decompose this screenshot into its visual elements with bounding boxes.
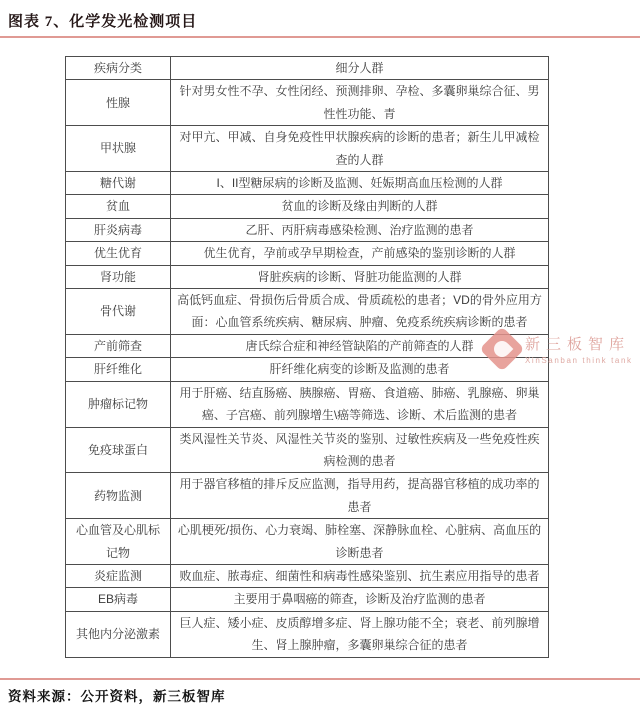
table-row: 其他内分泌激素巨人症、矮小症、皮质醇增多症、肾上腺功能不全；衰老、前列腺增生、肾…	[66, 611, 549, 657]
category-cell: 优生优育	[66, 242, 171, 265]
source-note: 资料来源：公开资料，新三板智库	[0, 680, 640, 705]
table-row: 炎症监测败血症、脓毒症、细菌性和病毒性感染鉴别、抗生素应用指导的患者	[66, 564, 549, 587]
header-target-population: 细分人群	[171, 57, 549, 80]
title-divider	[0, 36, 640, 38]
table-row: 肝纤维化肝纤维化病变的诊断及监测的患者	[66, 358, 549, 381]
table-row: 肾功能肾脏疾病的诊断、肾脏功能监测的人群	[66, 265, 549, 288]
header-disease-category: 疾病分类	[66, 57, 171, 80]
category-cell: 甲状腺	[66, 126, 171, 172]
table-row: 心血管及心肌标记物心肌梗死/损伤、心力衰竭、肺栓塞、深静脉血栓、心脏病、高血压的…	[66, 519, 549, 565]
description-cell: 用于肝癌、结直肠癌、胰腺癌、胃癌、食道癌、肺癌、乳腺癌、卵巢癌、子宫癌、前列腺增…	[171, 381, 549, 427]
category-cell: 贫血	[66, 195, 171, 218]
description-cell: 唐氏综合症和神经管缺陷的产前筛查的人群	[171, 334, 549, 357]
description-cell: 高低钙血症、骨损伤后骨质合成、骨质疏松的患者；VD的骨外应用方面：心血管系统疾病…	[171, 289, 549, 335]
description-cell: 主要用于鼻咽癌的筛查，诊断及治疗监测的患者	[171, 588, 549, 611]
description-cell: 类风湿性关节炎、风湿性关节炎的鉴别、过敏性疾病及一些免疫性疾病检测的患者	[171, 427, 549, 473]
table-body: 性腺针对男女性不孕、女性闭经、预测排卵、孕检、多囊卵巢综合征、男性性功能、青甲状…	[66, 80, 549, 657]
table-row: 甲状腺对甲亢、甲减、自身免疫性甲状腺疾病的诊断的患者；新生儿甲减检查的人群	[66, 126, 549, 172]
category-cell: 肝炎病毒	[66, 218, 171, 241]
category-cell: EB病毒	[66, 588, 171, 611]
table-row: EB病毒主要用于鼻咽癌的筛查，诊断及治疗监测的患者	[66, 588, 549, 611]
table-row: 产前筛查唐氏综合症和神经管缺陷的产前筛查的人群	[66, 334, 549, 357]
description-cell: 优生优育，孕前或孕早期检查，产前感染的鉴别诊断的人群	[171, 242, 549, 265]
description-cell: 败血症、脓毒症、细菌性和病毒性感染鉴别、抗生素应用指导的患者	[171, 564, 549, 587]
category-cell: 药物监测	[66, 473, 171, 519]
category-cell: 产前筛查	[66, 334, 171, 357]
description-cell: 用于器官移植的排斥反应监测，指导用药，提高器官移植的成功率的患者	[171, 473, 549, 519]
category-cell: 肝纤维化	[66, 358, 171, 381]
category-cell: 骨代谢	[66, 289, 171, 335]
category-cell: 心血管及心肌标记物	[66, 519, 171, 565]
category-cell: 其他内分泌激素	[66, 611, 171, 657]
category-cell: 糖代谢	[66, 172, 171, 195]
category-cell: 免疫球蛋白	[66, 427, 171, 473]
description-cell: 心肌梗死/损伤、心力衰竭、肺栓塞、深静脉血栓、心脏病、高血压的诊断患者	[171, 519, 549, 565]
category-cell: 肾功能	[66, 265, 171, 288]
description-cell: 肝纤维化病变的诊断及监测的患者	[171, 358, 549, 381]
table-row: 糖代谢I、II型糖尿病的诊断及监测、妊娠期高血压检测的人群	[66, 172, 549, 195]
description-cell: 巨人症、矮小症、皮质醇增多症、肾上腺功能不全；衰老、前列腺增生、肾上腺肿瘤，多囊…	[171, 611, 549, 657]
description-cell: 乙肝、丙肝病毒感染检测、治疗监测的患者	[171, 218, 549, 241]
table-row: 优生优育优生优育，孕前或孕早期检查，产前感染的鉴别诊断的人群	[66, 242, 549, 265]
category-cell: 肿瘤标记物	[66, 381, 171, 427]
description-cell: I、II型糖尿病的诊断及监测、妊娠期高血压检测的人群	[171, 172, 549, 195]
table-row: 骨代谢高低钙血症、骨损伤后骨质合成、骨质疏松的患者；VD的骨外应用方面：心血管系…	[66, 289, 549, 335]
description-cell: 针对男女性不孕、女性闭经、预测排卵、孕检、多囊卵巢综合征、男性性功能、青	[171, 80, 549, 126]
table-header-row: 疾病分类 细分人群	[66, 57, 549, 80]
description-cell: 肾脏疾病的诊断、肾脏功能监测的人群	[171, 265, 549, 288]
table-row: 肿瘤标记物用于肝癌、结直肠癌、胰腺癌、胃癌、食道癌、肺癌、乳腺癌、卵巢癌、子宫癌…	[66, 381, 549, 427]
table-row: 免疫球蛋白类风湿性关节炎、风湿性关节炎的鉴别、过敏性疾病及一些免疫性疾病检测的患…	[66, 427, 549, 473]
chemiluminescence-table: 疾病分类 细分人群 性腺针对男女性不孕、女性闭经、预测排卵、孕检、多囊卵巢综合征…	[65, 56, 549, 658]
table-row: 药物监测用于器官移植的排斥反应监测，指导用药，提高器官移植的成功率的患者	[66, 473, 549, 519]
description-cell: 贫血的诊断及缘由判断的人群	[171, 195, 549, 218]
category-cell: 炎症监测	[66, 564, 171, 587]
table-row: 贫血贫血的诊断及缘由判断的人群	[66, 195, 549, 218]
category-cell: 性腺	[66, 80, 171, 126]
page-title: 图表 7、化学发光检测项目	[0, 0, 640, 31]
description-cell: 对甲亢、甲减、自身免疫性甲状腺疾病的诊断的患者；新生儿甲减检查的人群	[171, 126, 549, 172]
table-row: 肝炎病毒乙肝、丙肝病毒感染检测、治疗监测的患者	[66, 218, 549, 241]
table-row: 性腺针对男女性不孕、女性闭经、预测排卵、孕检、多囊卵巢综合征、男性性功能、青	[66, 80, 549, 126]
